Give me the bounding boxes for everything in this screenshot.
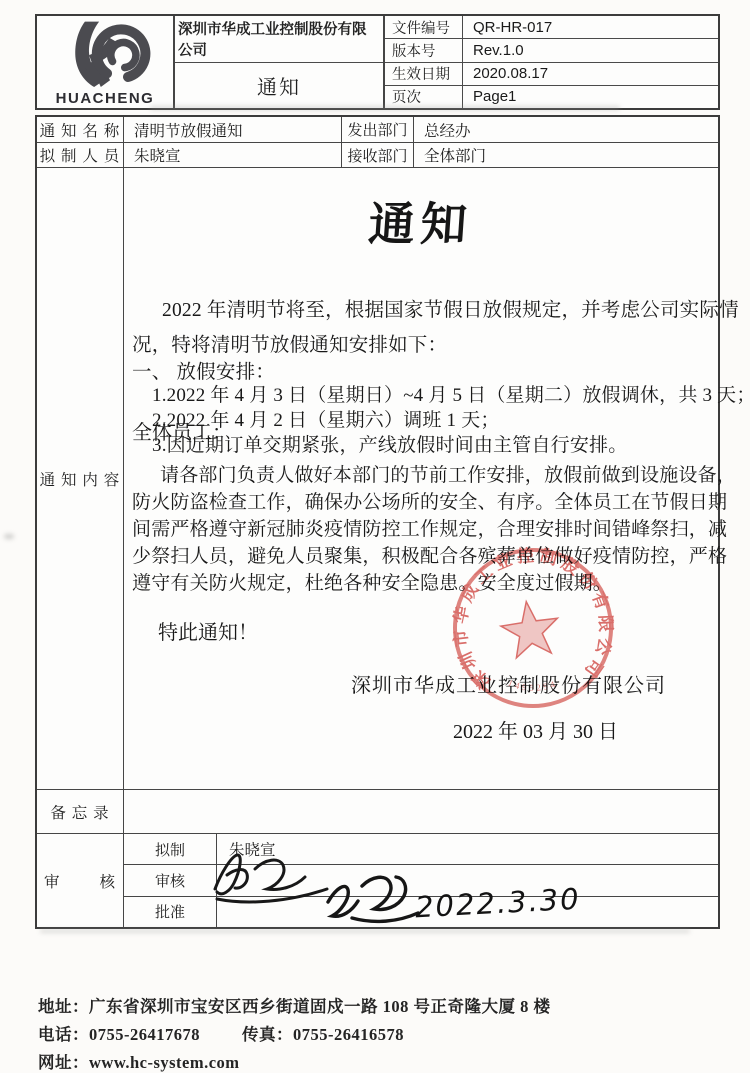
header-table: HUACHENG 深圳市华成工业控制股份有限公司 通知 文件编号 QR-HR-0… xyxy=(35,14,720,110)
logo-cell: HUACHENG xyxy=(37,16,175,108)
issuing-dept-label: 发出部门 xyxy=(342,117,414,142)
logo-text: HUACHENG xyxy=(56,90,155,107)
approval-section: 审 核 拟制 朱晓宣 审核 批准 xyxy=(37,833,718,927)
signature-company: 深圳市华成工业控制股份有限公司 xyxy=(351,669,666,698)
paragraph-line: 2022 年清明节将至，根据国家节假日放假规定，并考虑公司实际情 xyxy=(162,294,739,322)
review-label: 审核 xyxy=(124,865,217,895)
meta-row-docnumber: 文件编号 QR-HR-017 xyxy=(385,16,718,39)
drafter-value: 朱晓宣 xyxy=(124,143,342,167)
footer-website: 网址：www.hc-system.com xyxy=(38,1049,551,1073)
notice-name-label: 通 知 名 称 xyxy=(37,117,124,142)
header-company-name: 深圳市华成工业控制股份有限公司 xyxy=(175,16,383,63)
meta-label: 生效日期 xyxy=(385,63,463,85)
issuing-dept-value: 总经办 xyxy=(414,117,718,142)
signature-date: 2022 年 03 月 30 日 xyxy=(453,715,618,744)
meta-label: 版本号 xyxy=(385,39,463,61)
list-item: 2.2022 年 4 月 2 日（星期六）调班 1 天； xyxy=(152,405,500,432)
header-doc-type: 通知 xyxy=(175,63,383,109)
meta-label: 页次 xyxy=(385,86,463,108)
footer-contact-block: 地址：广东省深圳市宝安区西乡街道固戍一路 108 号正奇隆大厦 8 楼 电话：0… xyxy=(38,993,551,1073)
notice-body: 通知 全体员工： 2022 年清明节将至，根据国家节假日放假规定，并考虑公司实际… xyxy=(124,168,718,789)
header-title-cell: 深圳市华成工业控制股份有限公司 通知 xyxy=(175,16,385,108)
closing-line: 特此通知！ xyxy=(158,616,258,645)
notice-form-table: 通 知 名 称 清明节放假通知 发出部门 总经办 拟 制 人 员 朱晓宣 接收部… xyxy=(35,115,720,929)
approval-section-label: 审 核 xyxy=(37,834,124,927)
memo-label: 备 忘 录 xyxy=(37,790,124,833)
notice-content-label: 通 知 内 容 xyxy=(37,168,124,789)
receiving-dept-value: 全体部门 xyxy=(414,143,718,167)
list-item: 1.2022 年 4 月 3 日（星期日）~4 月 5 日（星期二）放假调休，共… xyxy=(152,380,750,407)
meta-row-version: 版本号 Rev.1.0 xyxy=(385,39,718,62)
approval-row-draft: 拟制 朱晓宣 xyxy=(124,834,718,864)
footer-phone: 电话：0755-26417678 xyxy=(38,1025,200,1044)
notice-content-row: 通 知 内 容 通知 全体员工： 2022 年清明节将至，根据国家节假日放假规定… xyxy=(37,167,718,789)
notice-name-row: 通 知 名 称 清明节放假通知 发出部门 总经办 xyxy=(37,117,718,142)
footer-address: 地址：广东省深圳市宝安区西乡街道固戍一路 108 号正奇隆大厦 8 楼 xyxy=(38,993,551,1021)
meta-value: 2020.08.17 xyxy=(463,63,718,85)
receiving-dept-label: 接收部门 xyxy=(342,143,414,167)
paragraph-line: 遵守有关防火规定，杜绝各种安全隐患。安全度过假期。 xyxy=(132,568,612,595)
memo-value xyxy=(124,790,718,833)
meta-row-page: 页次 Page1 xyxy=(385,86,718,108)
approve-label: 批准 xyxy=(124,897,217,927)
scan-artifact xyxy=(4,534,14,539)
doc-meta-table: 文件编号 QR-HR-017 版本号 Rev.1.0 生效日期 2020.08.… xyxy=(385,16,718,108)
footer-phone-fax-line: 电话：0755-26417678传真：0755-26416578 xyxy=(38,1021,551,1049)
meta-value: QR-HR-017 xyxy=(463,16,718,38)
list-item: 3.因近期订单交期紧张，产线放假时间由主管自行安排。 xyxy=(152,430,627,457)
paragraph-line: 防火防盗检查工作，确保办公场所的安全、有序。全体员工在节假日期 xyxy=(132,487,727,514)
draft-value: 朱晓宣 xyxy=(217,834,718,864)
meta-label: 文件编号 xyxy=(385,16,463,38)
meta-value: Rev.1.0 xyxy=(463,39,718,61)
drafter-label: 拟 制 人 员 xyxy=(37,143,124,167)
footer-fax: 传真：0755-26416578 xyxy=(242,1025,404,1044)
memo-row: 备 忘 录 xyxy=(37,789,718,833)
paragraph-line: 间需严格遵守新冠肺炎疫情防控工作规定，合理安排时间错峰祭扫，减 xyxy=(132,514,727,541)
notice-name-value: 清明节放假通知 xyxy=(124,117,342,142)
drafter-row: 拟 制 人 员 朱晓宣 接收部门 全体部门 xyxy=(37,142,718,167)
paragraph-line: 请各部门负责人做好本部门的节前工作安排，放假前做到设施设备， xyxy=(160,460,736,487)
draft-label: 拟制 xyxy=(124,834,217,864)
paragraph-line: 少祭扫人员，避免人员聚集，积极配合各殡葬单位做好疫情防控，严格 xyxy=(132,541,727,568)
huacheng-logo-icon xyxy=(46,20,164,92)
scan-artifact xyxy=(40,929,690,933)
meta-row-effective-date: 生效日期 2020.08.17 xyxy=(385,63,718,86)
paragraph-line: 况，特将清明节放假通知安排如下： xyxy=(132,329,447,357)
document-page: HUACHENG 深圳市华成工业控制股份有限公司 通知 文件编号 QR-HR-0… xyxy=(0,0,750,1073)
notice-title: 通知 xyxy=(122,188,721,254)
meta-value: Page1 xyxy=(463,86,718,108)
